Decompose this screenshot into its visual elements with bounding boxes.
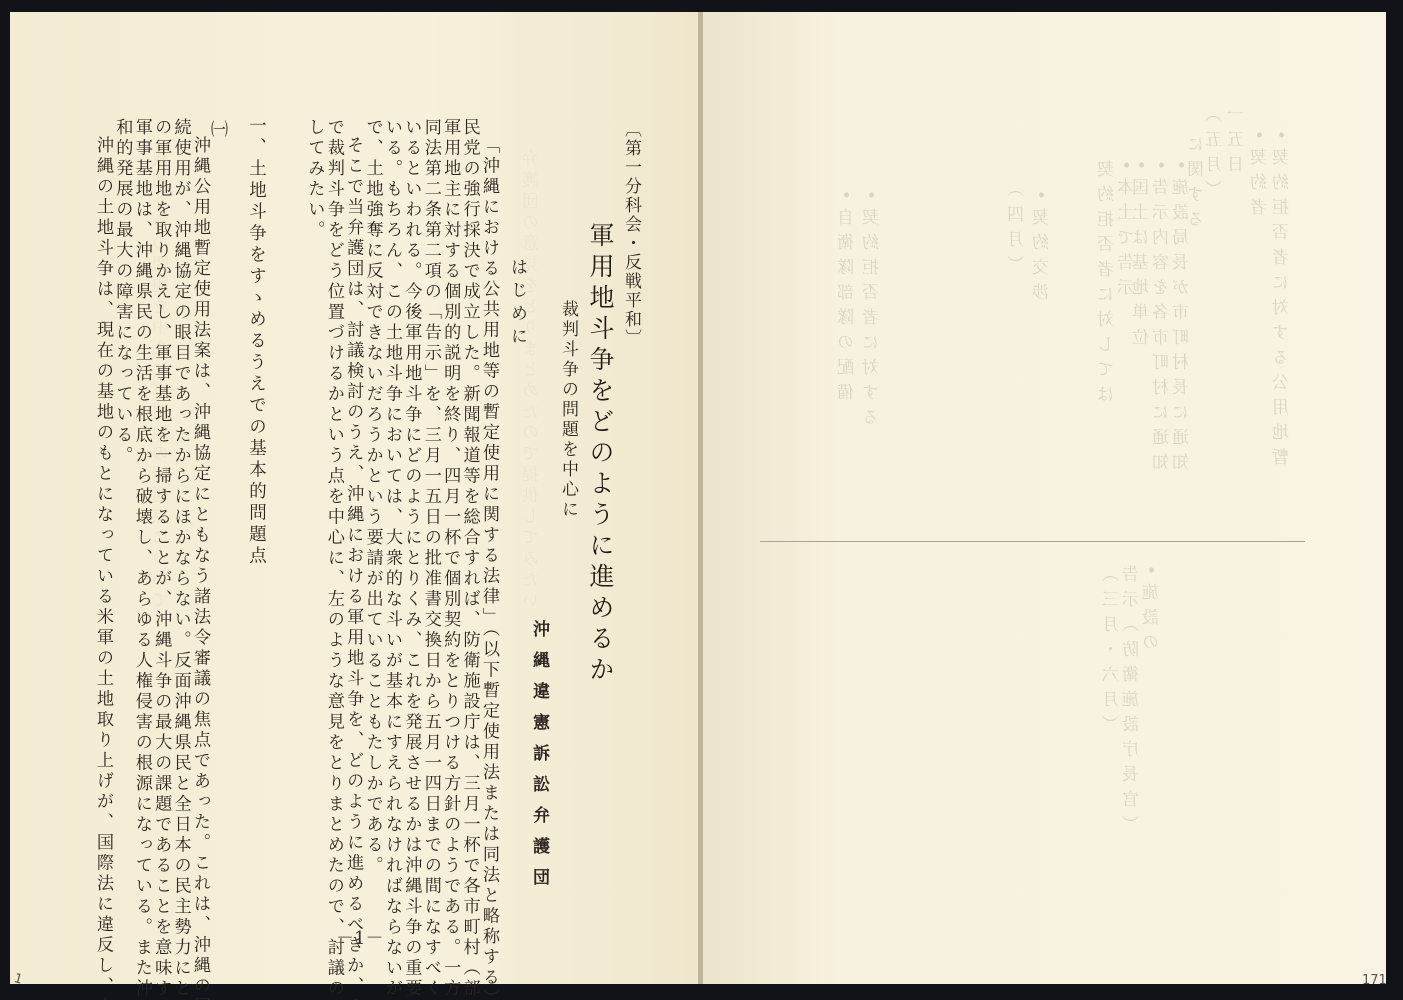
show-through-text: •契約拒否者に対する [860,190,885,433]
show-through-text: •契約者 [1248,130,1273,223]
show-through-text: •契約交渉 [1030,190,1055,308]
series-label: 〔第一分科会・反戦平和〕 [622,120,639,348]
document-author: 沖縄違憲訴訟弁護団 [530,620,547,899]
show-through-text: （三月・六月） [1100,565,1125,740]
text-column: してみたい。 [299,118,329,898]
document-title: 軍用地斗争をどのように進めるか [588,222,613,687]
corner-mark-right: 171 [1362,973,1387,988]
document-subtitle: 裁判斗争の問題を中心に [559,300,576,520]
show-through-text: •自衛隊部隊の配備 [835,190,860,408]
horizontal-rule [760,541,1305,542]
intro-heading: はじめに [508,258,525,350]
show-through-text: 一五日 [1225,105,1250,180]
show-through-text: 契約拒否者に対しては [1095,160,1120,410]
text-column: 沖縄の土地斗争は、現在の基地のもとになっている米軍の土地取り上げが、国際法に違反… [88,136,118,916]
show-through-text: •契約拒否者に対する公用地暫 [1270,130,1295,473]
page-number: －1－ [336,924,383,950]
show-through-text: （四月） [1005,180,1030,280]
section-heading: 一、土地斗争をすゝめるうえでの基本的問題点 [247,116,265,568]
